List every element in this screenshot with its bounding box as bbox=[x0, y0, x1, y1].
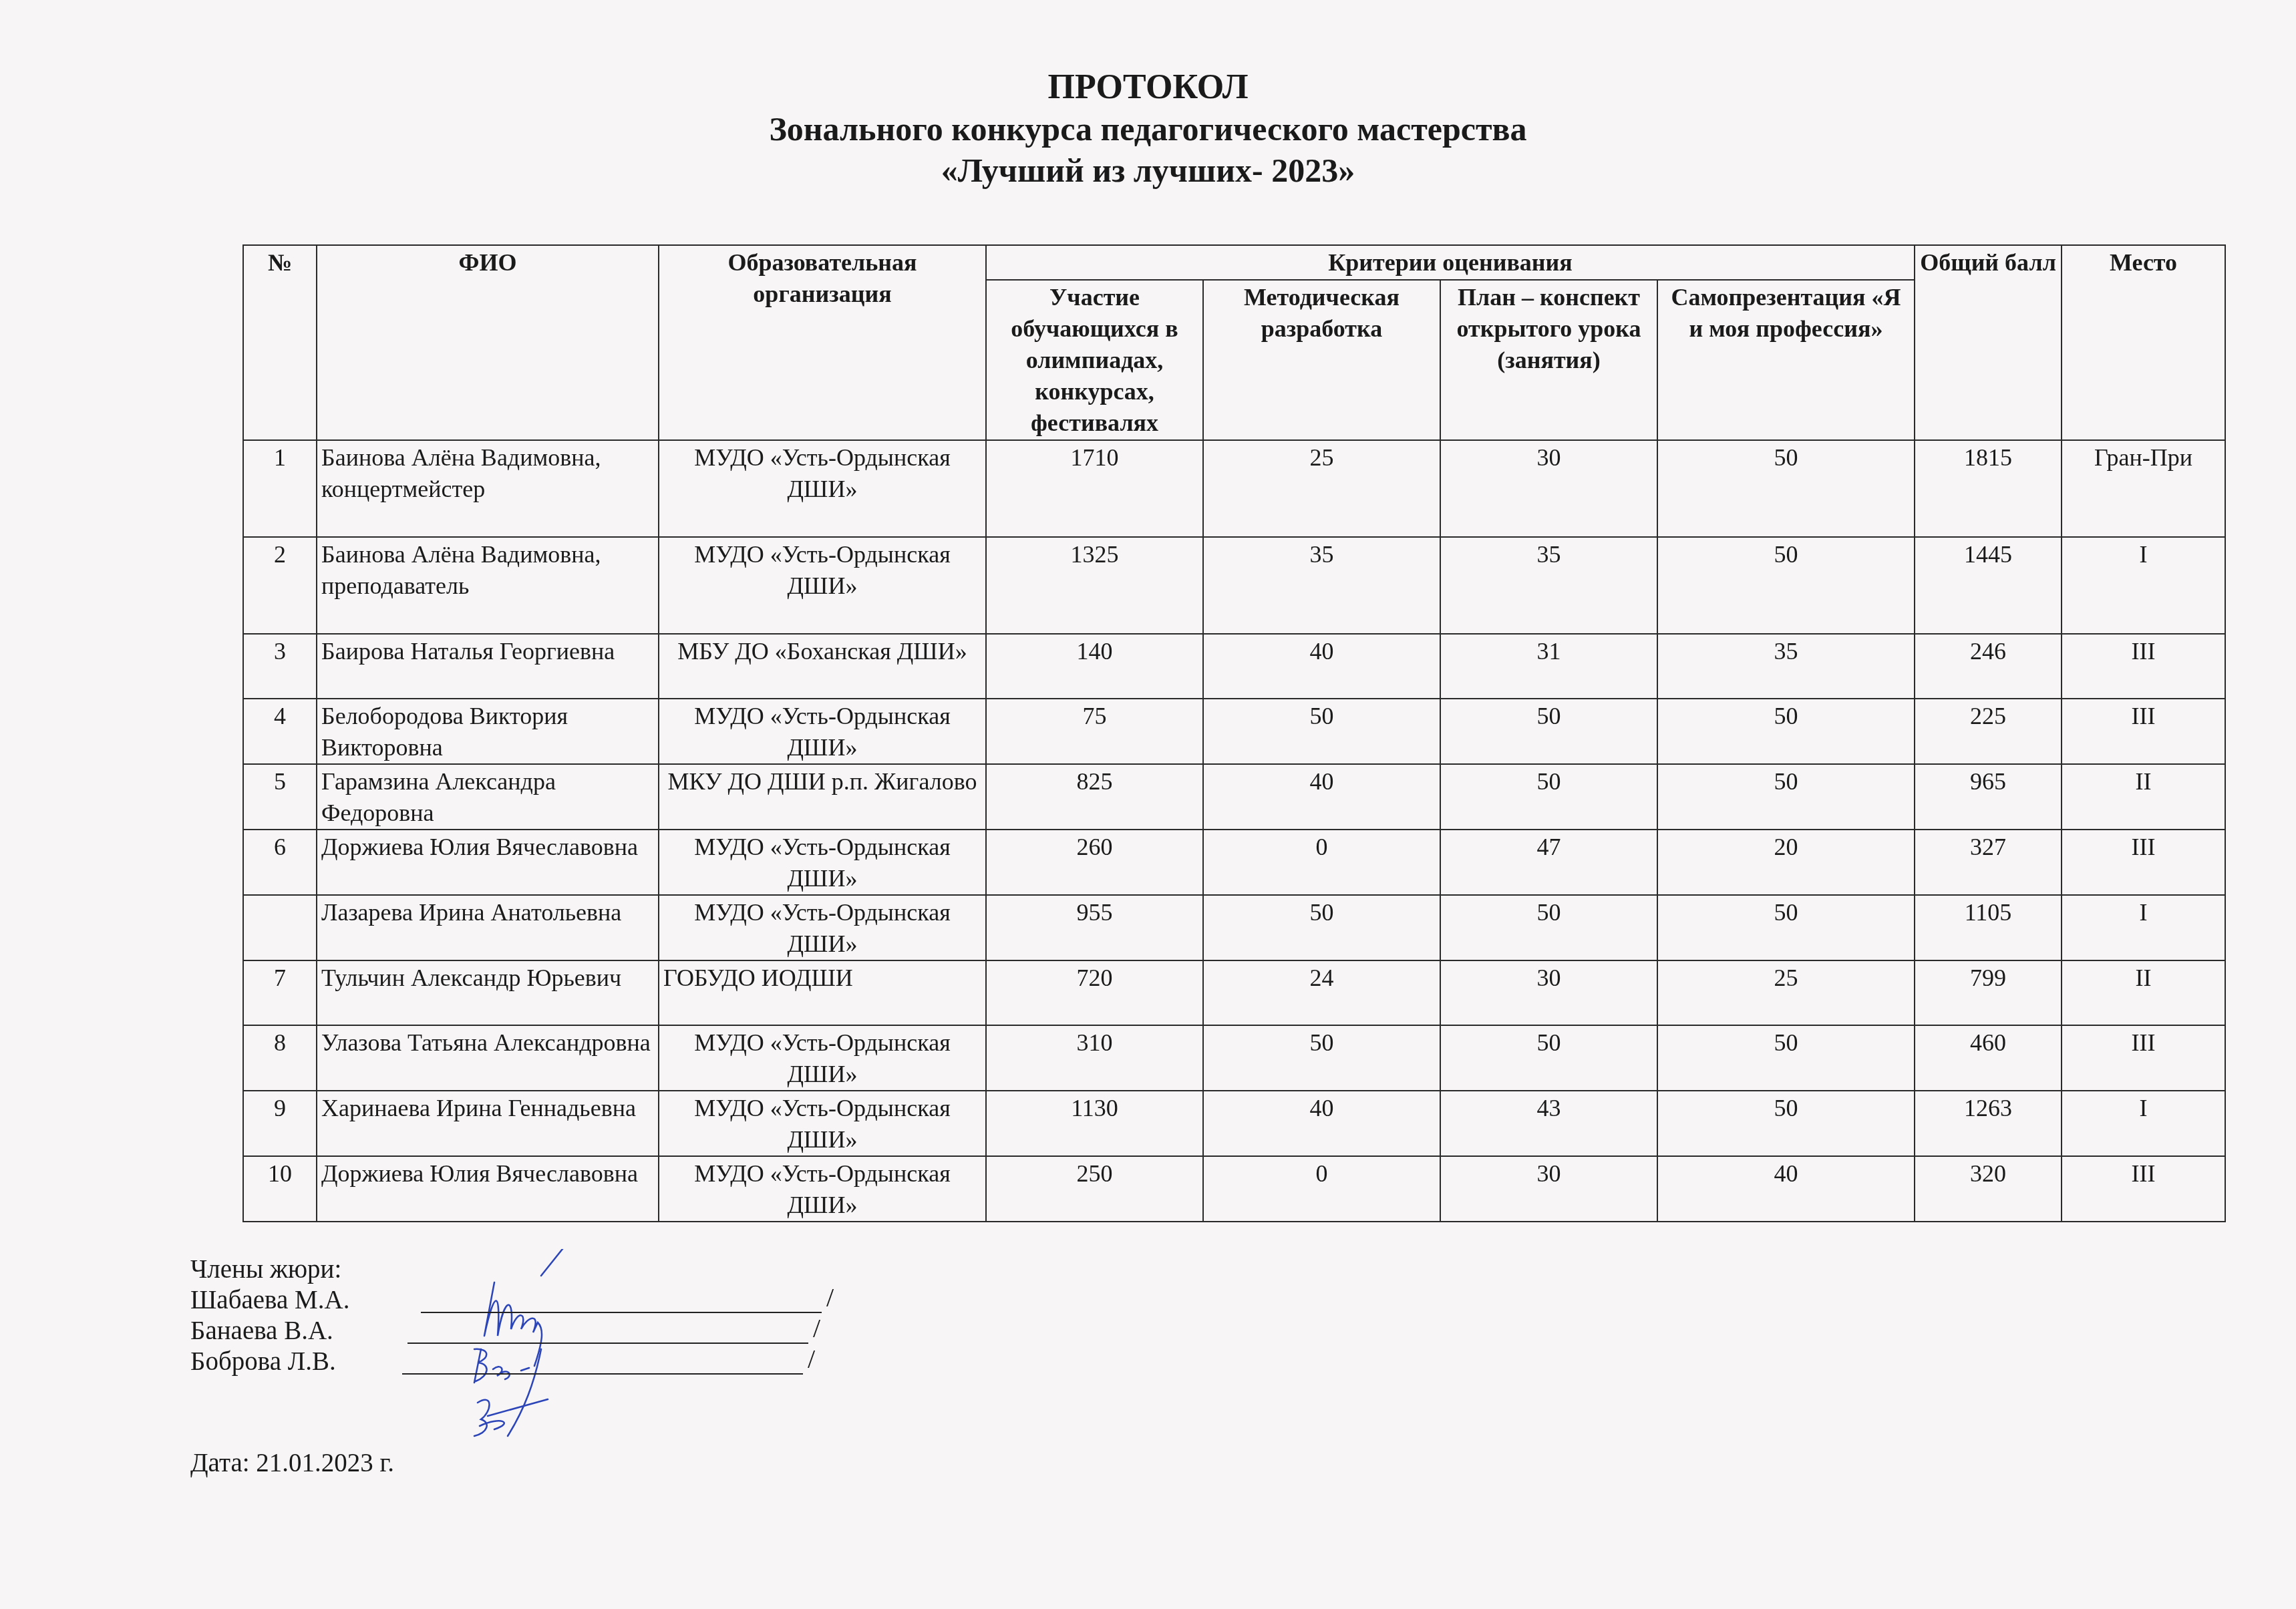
signature-line bbox=[402, 1373, 803, 1375]
cell-lesson-plan: 50 bbox=[1440, 895, 1657, 960]
cell-methodical: 50 bbox=[1203, 1025, 1440, 1091]
col-header-fio: ФИО bbox=[317, 245, 659, 440]
cell-self-presentation: 40 bbox=[1657, 1156, 1915, 1222]
signature-line bbox=[421, 1312, 822, 1313]
cell-methodical: 0 bbox=[1203, 1156, 1440, 1222]
cell-lesson-plan: 35 bbox=[1440, 537, 1657, 634]
cell-place: III bbox=[2062, 1025, 2225, 1091]
signature-slash: / bbox=[808, 1344, 815, 1375]
jury-member-row: Банаева В.А. / bbox=[190, 1316, 349, 1347]
cell-methodical: 24 bbox=[1203, 960, 1440, 1025]
cell-num: 8 bbox=[243, 1025, 317, 1091]
col-header-criteria: Критерии оценивания bbox=[986, 245, 1915, 280]
cell-self-presentation: 50 bbox=[1657, 895, 1915, 960]
cell-place: III bbox=[2062, 830, 2225, 895]
cell-place: Гран-При bbox=[2062, 440, 2225, 537]
cell-place: II bbox=[2062, 764, 2225, 830]
cell-place: I bbox=[2062, 1091, 2225, 1156]
cell-methodical: 25 bbox=[1203, 440, 1440, 537]
cell-lesson-plan: 31 bbox=[1440, 634, 1657, 699]
jury-member-row: Боброва Л.В. / bbox=[190, 1347, 349, 1377]
cell-self-presentation: 50 bbox=[1657, 1025, 1915, 1091]
cell-org: МУДО «Усть-Ордынская ДШИ» bbox=[659, 830, 986, 895]
cell-methodical: 50 bbox=[1203, 895, 1440, 960]
cell-num: 3 bbox=[243, 634, 317, 699]
cell-org: МУДО «Усть-Ордынская ДШИ» bbox=[659, 895, 986, 960]
cell-total: 246 bbox=[1915, 634, 2062, 699]
cell-self-presentation: 50 bbox=[1657, 537, 1915, 634]
table-row: 7Тульчин Александр ЮрьевичГОБУДО ИОДШИ72… bbox=[243, 960, 2225, 1025]
cell-participation: 1130 bbox=[986, 1091, 1203, 1156]
cell-place: I bbox=[2062, 895, 2225, 960]
signature-slash: / bbox=[826, 1282, 834, 1313]
cell-methodical: 40 bbox=[1203, 1091, 1440, 1156]
table-row: 9Харинаева Ирина ГеннадьевнаМУДО «Усть-О… bbox=[243, 1091, 2225, 1156]
col-header-methodical: Методическая разработка bbox=[1203, 280, 1440, 440]
cell-self-presentation: 20 bbox=[1657, 830, 1915, 895]
cell-org: МУДО «Усть-Ордынская ДШИ» bbox=[659, 537, 986, 634]
document-title: ПРОТОКОЛ bbox=[0, 67, 2296, 108]
cell-lesson-plan: 50 bbox=[1440, 699, 1657, 764]
cell-lesson-plan: 30 bbox=[1440, 1156, 1657, 1222]
cell-total: 225 bbox=[1915, 699, 2062, 764]
cell-participation: 955 bbox=[986, 895, 1203, 960]
table-row: 10Доржиева Юлия ВячеславовнаМУДО «Усть-О… bbox=[243, 1156, 2225, 1222]
col-header-total: Общий балл bbox=[1915, 245, 2062, 440]
cell-total: 1105 bbox=[1915, 895, 2062, 960]
document-subtitle: Зонального конкурса педагогического маст… bbox=[0, 108, 2296, 150]
cell-org: МУДО «Усть-Ордынская ДШИ» bbox=[659, 440, 986, 537]
cell-fio: Лазарева Ирина Анатольевна bbox=[317, 895, 659, 960]
cell-org: ГОБУДО ИОДШИ bbox=[659, 960, 986, 1025]
jury-signatures bbox=[454, 1249, 655, 1443]
cell-org: МУДО «Усть-Ордынская ДШИ» bbox=[659, 1025, 986, 1091]
col-header-org: Образовательная организация bbox=[659, 245, 986, 440]
cell-total: 460 bbox=[1915, 1025, 2062, 1091]
cell-place: I bbox=[2062, 537, 2225, 634]
cell-fio: Доржиева Юлия Вячеславовна bbox=[317, 830, 659, 895]
cell-org: МБУ ДО «Боханская ДШИ» bbox=[659, 634, 986, 699]
cell-participation: 75 bbox=[986, 699, 1203, 764]
cell-participation: 140 bbox=[986, 634, 1203, 699]
cell-org: МУДО «Усть-Ордынская ДШИ» bbox=[659, 1091, 986, 1156]
results-table: № ФИО Образовательная организация Критер… bbox=[242, 244, 2226, 1222]
cell-participation: 260 bbox=[986, 830, 1203, 895]
cell-methodical: 50 bbox=[1203, 699, 1440, 764]
cell-total: 320 bbox=[1915, 1156, 2062, 1222]
cell-participation: 310 bbox=[986, 1025, 1203, 1091]
cell-num: 4 bbox=[243, 699, 317, 764]
cell-fio: Харинаева Ирина Геннадьевна bbox=[317, 1091, 659, 1156]
cell-org: МКУ ДО ДШИ р.п. Жигалово bbox=[659, 764, 986, 830]
signature-line bbox=[407, 1343, 808, 1344]
jury-section: Члены жюри: Шабаева М.А. / Банаева В.А. … bbox=[190, 1254, 349, 1377]
jury-member-name: Боброва Л.В. bbox=[190, 1347, 336, 1376]
cell-self-presentation: 25 bbox=[1657, 960, 1915, 1025]
protocol-date: Дата: 21.01.2023 г. bbox=[190, 1448, 394, 1478]
contest-name: «Лучший из лучших- 2023» bbox=[0, 150, 2296, 191]
cell-self-presentation: 50 bbox=[1657, 440, 1915, 537]
cell-lesson-plan: 50 bbox=[1440, 764, 1657, 830]
cell-fio: Улазова Татьяна Александровна bbox=[317, 1025, 659, 1091]
cell-total: 1263 bbox=[1915, 1091, 2062, 1156]
cell-num: 7 bbox=[243, 960, 317, 1025]
table-row: 5Гарамзина Александра ФедоровнаМКУ ДО ДШ… bbox=[243, 764, 2225, 830]
cell-num: 10 bbox=[243, 1156, 317, 1222]
cell-total: 1815 bbox=[1915, 440, 2062, 537]
cell-self-presentation: 50 bbox=[1657, 764, 1915, 830]
cell-fio: Баинова Алёна Вадимовна, концертмейстер bbox=[317, 440, 659, 537]
col-header-place: Место bbox=[2062, 245, 2225, 440]
cell-place: II bbox=[2062, 960, 2225, 1025]
cell-fio: Белобородова Виктория Викторовна bbox=[317, 699, 659, 764]
cell-fio: Доржиева Юлия Вячеславовна bbox=[317, 1156, 659, 1222]
jury-label: Члены жюри: bbox=[190, 1254, 349, 1285]
jury-member-name: Шабаева М.А. bbox=[190, 1286, 349, 1314]
col-header-self-presentation: Самопрезентация «Я и моя профессия» bbox=[1657, 280, 1915, 440]
cell-self-presentation: 50 bbox=[1657, 1091, 1915, 1156]
jury-member-row: Шабаева М.А. / bbox=[190, 1285, 349, 1316]
cell-participation: 1325 bbox=[986, 537, 1203, 634]
cell-total: 1445 bbox=[1915, 537, 2062, 634]
cell-num: 2 bbox=[243, 537, 317, 634]
table-row: 3Баирова Наталья ГеоргиевнаМБУ ДО «Бохан… bbox=[243, 634, 2225, 699]
cell-participation: 825 bbox=[986, 764, 1203, 830]
cell-participation: 720 bbox=[986, 960, 1203, 1025]
cell-fio: Гарамзина Александра Федоровна bbox=[317, 764, 659, 830]
cell-total: 965 bbox=[1915, 764, 2062, 830]
cell-methodical: 40 bbox=[1203, 634, 1440, 699]
cell-total: 799 bbox=[1915, 960, 2062, 1025]
cell-lesson-plan: 50 bbox=[1440, 1025, 1657, 1091]
cell-num: 6 bbox=[243, 830, 317, 895]
cell-fio: Баинова Алёна Вадимовна, преподаватель bbox=[317, 537, 659, 634]
cell-participation: 1710 bbox=[986, 440, 1203, 537]
table-row: 1Баинова Алёна Вадимовна, концертмейстер… bbox=[243, 440, 2225, 537]
jury-member-name: Банаева В.А. bbox=[190, 1316, 333, 1345]
cell-org: МУДО «Усть-Ордынская ДШИ» bbox=[659, 699, 986, 764]
col-header-participation: Участие обучающихся в олимпиадах, конкур… bbox=[986, 280, 1203, 440]
table-row: 8Улазова Татьяна АлександровнаМУДО «Усть… bbox=[243, 1025, 2225, 1091]
cell-self-presentation: 50 bbox=[1657, 699, 1915, 764]
document-header: ПРОТОКОЛ Зонального конкурса педагогичес… bbox=[0, 67, 2296, 191]
cell-methodical: 35 bbox=[1203, 537, 1440, 634]
cell-methodical: 0 bbox=[1203, 830, 1440, 895]
cell-lesson-plan: 43 bbox=[1440, 1091, 1657, 1156]
cell-lesson-plan: 30 bbox=[1440, 960, 1657, 1025]
cell-fio: Баирова Наталья Георгиевна bbox=[317, 634, 659, 699]
cell-place: III bbox=[2062, 1156, 2225, 1222]
cell-fio: Тульчин Александр Юрьевич bbox=[317, 960, 659, 1025]
cell-lesson-plan: 47 bbox=[1440, 830, 1657, 895]
cell-num: 9 bbox=[243, 1091, 317, 1156]
signature-slash: / bbox=[813, 1313, 820, 1344]
table-row: Лазарева Ирина АнатольевнаМУДО «Усть-Орд… bbox=[243, 895, 2225, 960]
cell-total: 327 bbox=[1915, 830, 2062, 895]
col-header-lesson-plan: План – конспект открытого урока (занятия… bbox=[1440, 280, 1657, 440]
cell-num: 1 bbox=[243, 440, 317, 537]
cell-participation: 250 bbox=[986, 1156, 1203, 1222]
cell-num bbox=[243, 895, 317, 960]
cell-self-presentation: 35 bbox=[1657, 634, 1915, 699]
cell-org: МУДО «Усть-Ордынская ДШИ» bbox=[659, 1156, 986, 1222]
col-header-num: № bbox=[243, 245, 317, 440]
cell-methodical: 40 bbox=[1203, 764, 1440, 830]
cell-lesson-plan: 30 bbox=[1440, 440, 1657, 537]
table-row: 4Белобородова Виктория ВикторовнаМУДО «У… bbox=[243, 699, 2225, 764]
cell-place: III bbox=[2062, 634, 2225, 699]
cell-place: III bbox=[2062, 699, 2225, 764]
table-row: 2Баинова Алёна Вадимовна, преподавательМ… bbox=[243, 537, 2225, 634]
cell-num: 5 bbox=[243, 764, 317, 830]
table-row: 6Доржиева Юлия ВячеславовнаМУДО «Усть-Ор… bbox=[243, 830, 2225, 895]
